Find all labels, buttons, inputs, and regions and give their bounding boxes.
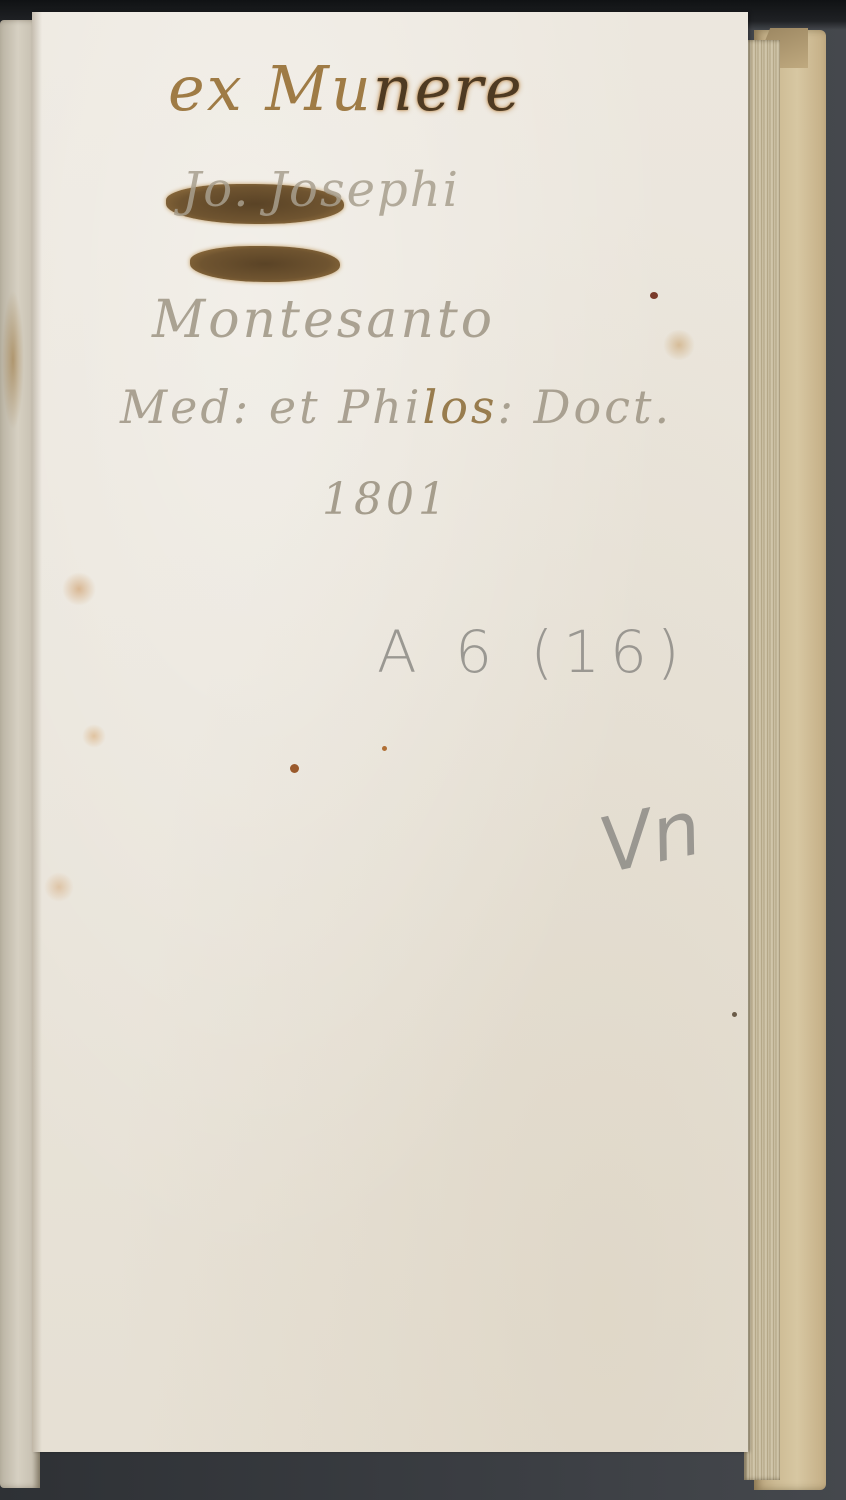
inscription-nere-retraced: nere [373,52,524,125]
pencil-shelfmark: A 6 (16) [377,618,690,686]
foxing-spot [82,724,106,748]
inscription-doct: : Doct. [498,380,673,434]
foxing-spot [650,292,658,299]
ink-blot-lower [190,246,340,282]
foxing-spot [62,572,96,606]
foxing-spot [382,746,387,751]
inscription-line-3: Montesanto [152,290,495,350]
inscription-line-4: Med: et Philos: Doct. [120,380,672,434]
book-photograph: ex Munere Jo. Josephi Montesanto Med: et… [0,0,846,1500]
foxing-spot [290,764,299,773]
offset-ink-mark [2,290,24,430]
inscription-line-1: ex Munere [168,52,524,125]
pencil-initials: Vn [592,783,708,891]
inscription-year: 1801 [322,474,450,525]
foxing-spot [732,1012,737,1017]
page-block-edges [744,40,780,1480]
inscription-los-overwritten: los [423,380,498,434]
foxing-spot [44,872,74,902]
inscription-med-et-phi: Med: et Phi [120,380,423,434]
inscription-line-2: Jo. Josephi [182,162,460,218]
inscription-ex-mu: ex Mu [168,52,373,125]
foxing-spot [662,330,696,360]
page-gutter-shadow [32,12,42,1452]
flyleaf-page: ex Munere Jo. Josephi Montesanto Med: et… [32,12,748,1452]
